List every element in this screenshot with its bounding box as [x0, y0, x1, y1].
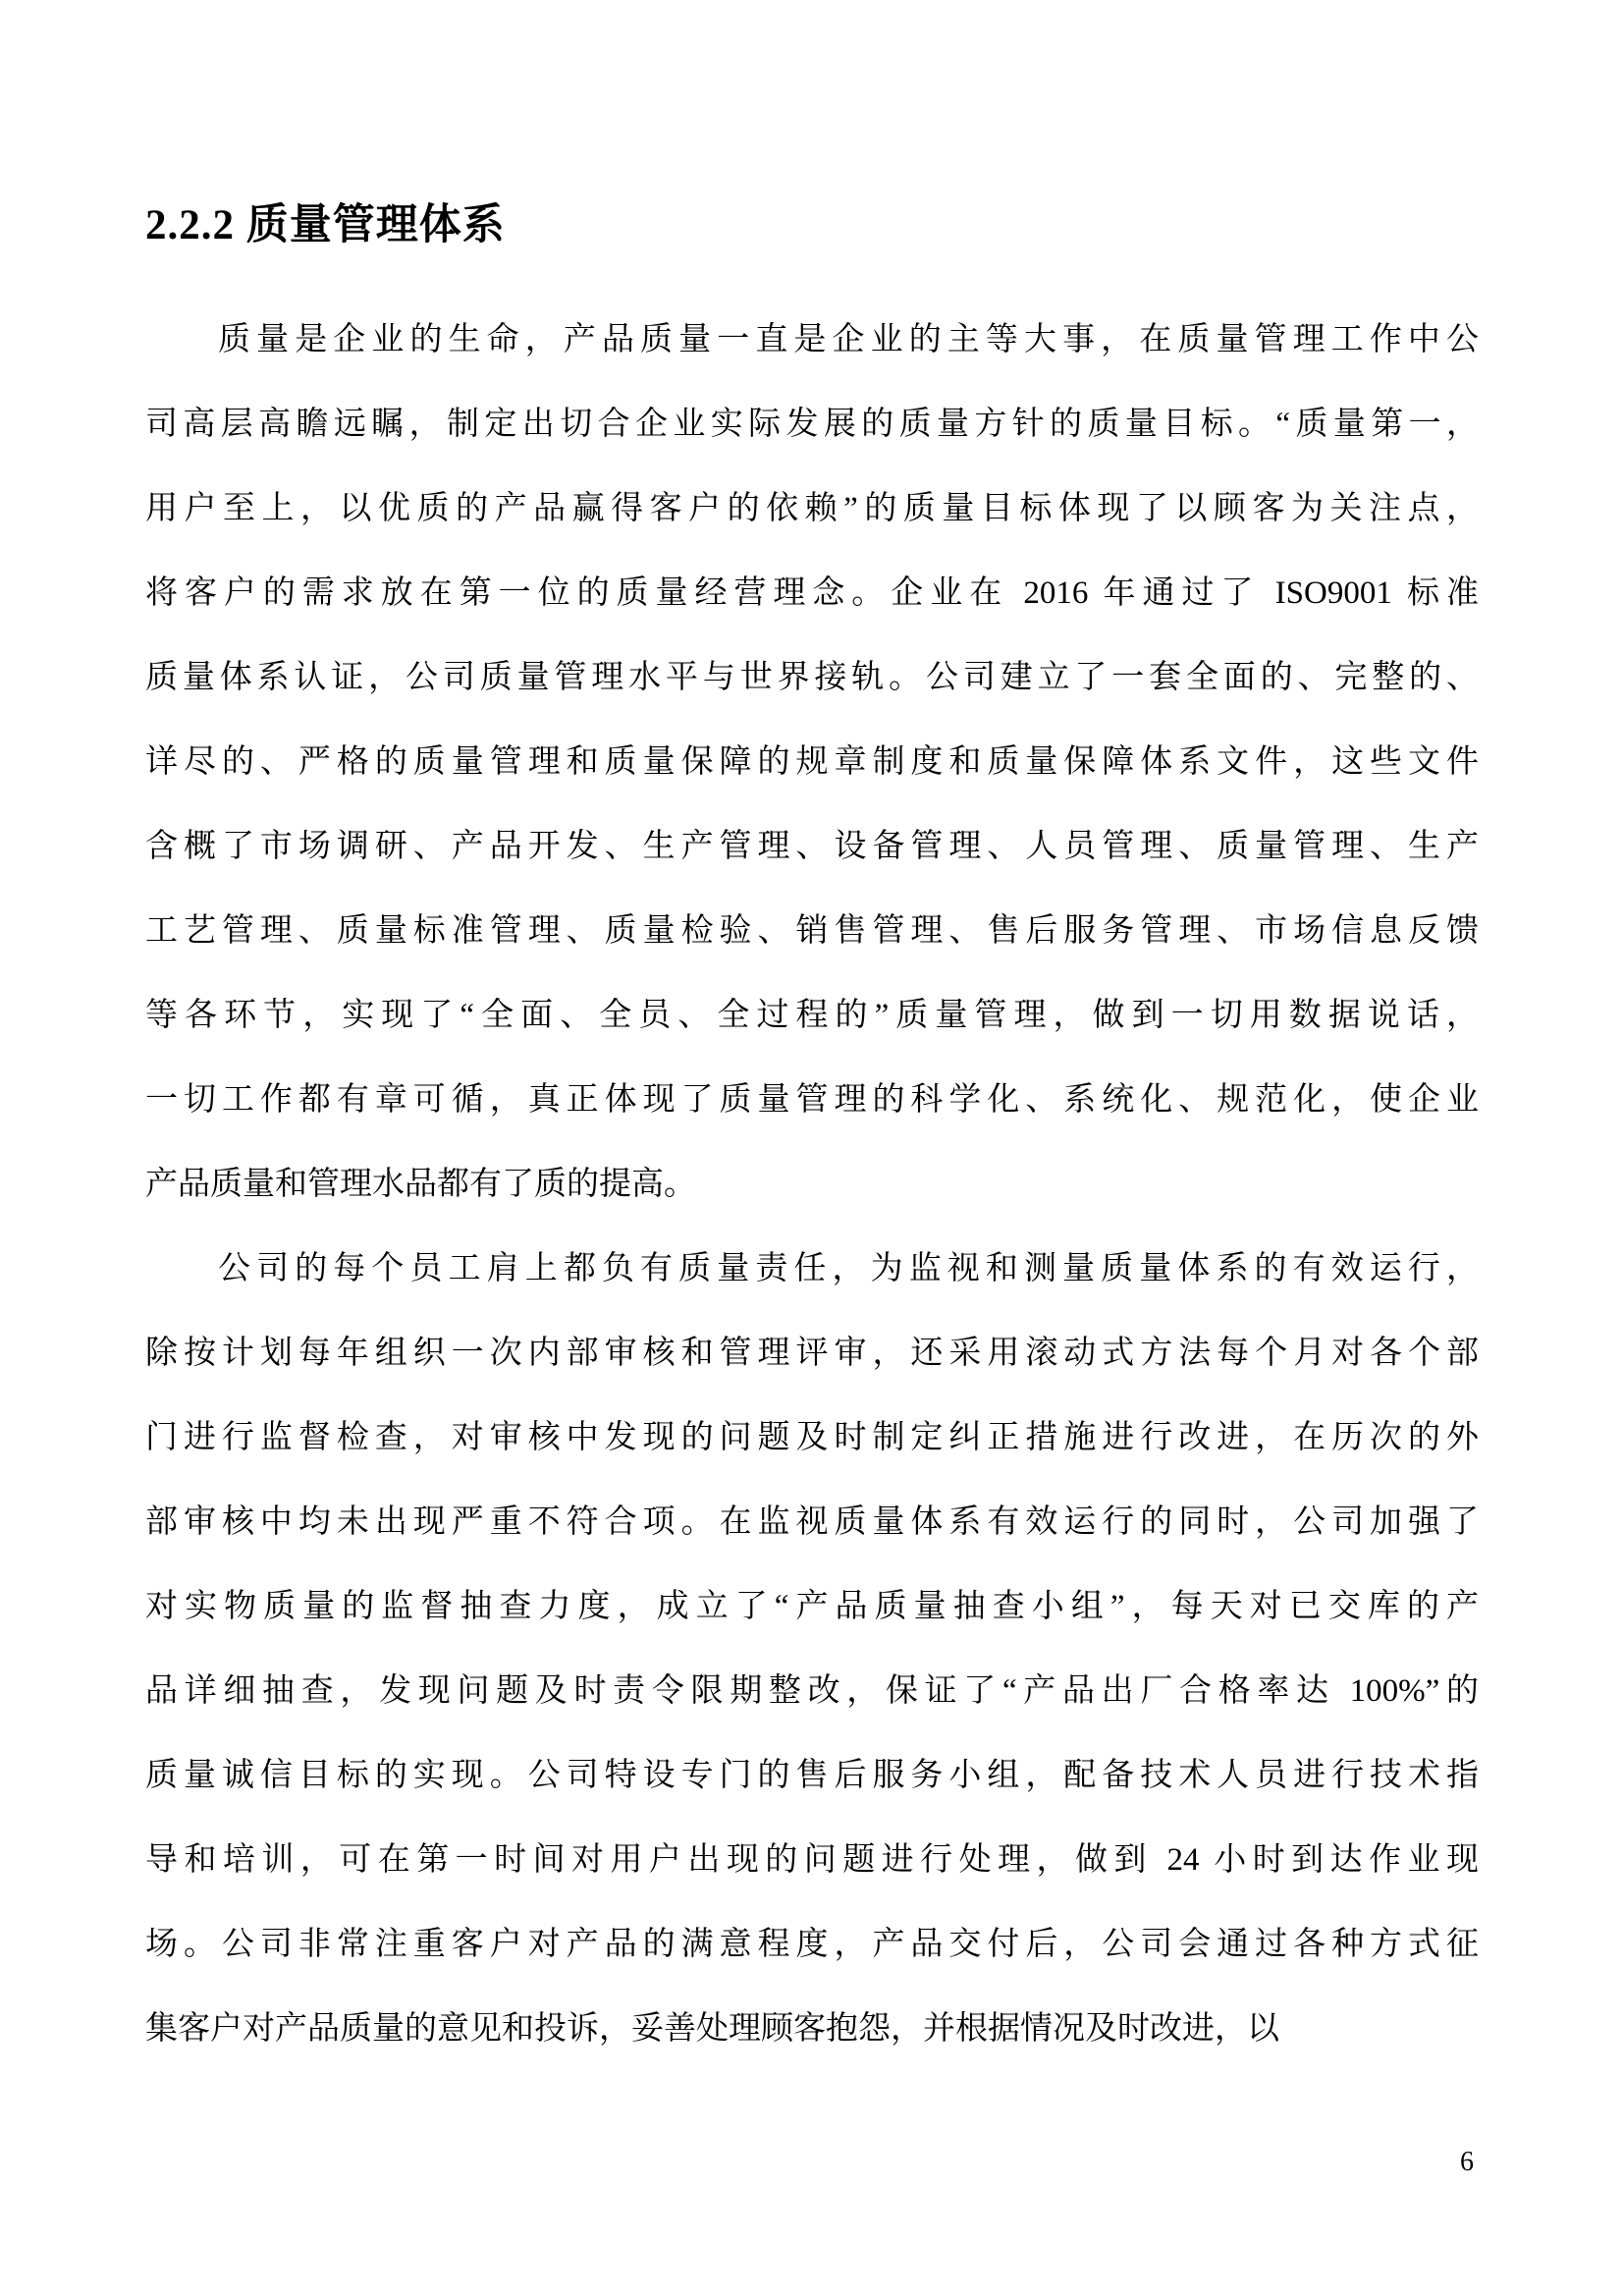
paragraph-line: 详尽的、严格的质量管理和质量保障的规章制度和质量保障体系文件，这些文件	[145, 720, 1479, 804]
paragraph-line: 工艺管理、质量标准管理、质量检验、销售管理、售后服务管理、市场信息反馈	[145, 889, 1479, 973]
paragraph-line: 司高层高瞻远瞩，制定出切合企业实际发展的质量方针的质量目标。“质量第一，	[145, 382, 1479, 466]
paragraph-line: 等各环节，实现了“全面、全员、全过程的”质量管理，做到一切用数据说话，	[145, 973, 1479, 1058]
paragraph-line: 质量是企业的生命，产品质量一直是企业的主等大事，在质量管理工作中公	[145, 298, 1479, 382]
paragraph-line: 质量诚信目标的实现。公司特设专门的售后服务小组，配备技术人员进行技术指	[145, 1733, 1479, 1818]
paragraph-line: 对实物质量的监督抽查力度，成立了“产品质量抽查小组”，每天对已交库的产	[145, 1564, 1479, 1649]
paragraph-line: 将客户的需求放在第一位的质量经营理念。企业在 2016 年通过了 ISO9001…	[145, 551, 1479, 635]
paragraph-line: 产品质量和管理水品都有了质的提高。	[145, 1142, 1479, 1227]
paragraph-1: 质量是企业的生命，产品质量一直是企业的主等大事，在质量管理工作中公 司高层高瞻远…	[145, 298, 1479, 1227]
paragraph-line: 集客户对产品质量的意见和投诉，妥善处理顾客抱怨，并根据情况及时改进，以	[145, 1987, 1479, 2071]
section-heading: 2.2.2 质量管理体系	[145, 199, 1479, 252]
paragraph-line: 含概了市场调研、产品开发、生产管理、设备管理、人员管理、质量管理、生产	[145, 804, 1479, 889]
paragraph-line: 场。公司非常注重客户对产品的满意程度，产品交付后，公司会通过各种方式征	[145, 1902, 1479, 1987]
paragraph-line: 质量体系认证，公司质量管理水平与世界接轨。公司建立了一套全面的、完整的、	[145, 635, 1479, 720]
paragraph-line: 用户至上，以优质的产品赢得客户的依赖”的质量目标体现了以顾客为关注点，	[145, 466, 1479, 551]
paragraph-line: 公司的每个员工肩上都负有质量责任，为监视和测量质量体系的有效运行，	[145, 1227, 1479, 1311]
paragraph-line: 品详细抽查，发现问题及时责令限期整改，保证了“产品出厂合格率达 100%”的	[145, 1649, 1479, 1733]
paragraph-line: 除按计划每年组织一次内部审核和管理评审，还采用滚动式方法每个月对各个部	[145, 1311, 1479, 1395]
document-page: 2.2.2 质量管理体系 质量是企业的生命，产品质量一直是企业的主等大事，在质量…	[0, 0, 1623, 2296]
paragraph-line: 部审核中均未出现严重不符合项。在监视质量体系有效运行的同时，公司加强了	[145, 1480, 1479, 1564]
paragraph-line: 门进行监督检查，对审核中发现的问题及时制定纠正措施进行改进，在历次的外	[145, 1395, 1479, 1480]
paragraph-line: 导和培训，可在第一时间对用户出现的问题进行处理，做到 24 小时到达作业现	[145, 1818, 1479, 1902]
paragraph-2: 公司的每个员工肩上都负有质量责任，为监视和测量质量体系的有效运行， 除按计划每年…	[145, 1227, 1479, 2071]
paragraph-line: 一切工作都有章可循，真正体现了质量管理的科学化、系统化、规范化，使企业	[145, 1058, 1479, 1142]
page-number: 6	[1460, 2149, 1474, 2176]
document-content: 2.2.2 质量管理体系 质量是企业的生命，产品质量一直是企业的主等大事，在质量…	[145, 0, 1479, 2071]
